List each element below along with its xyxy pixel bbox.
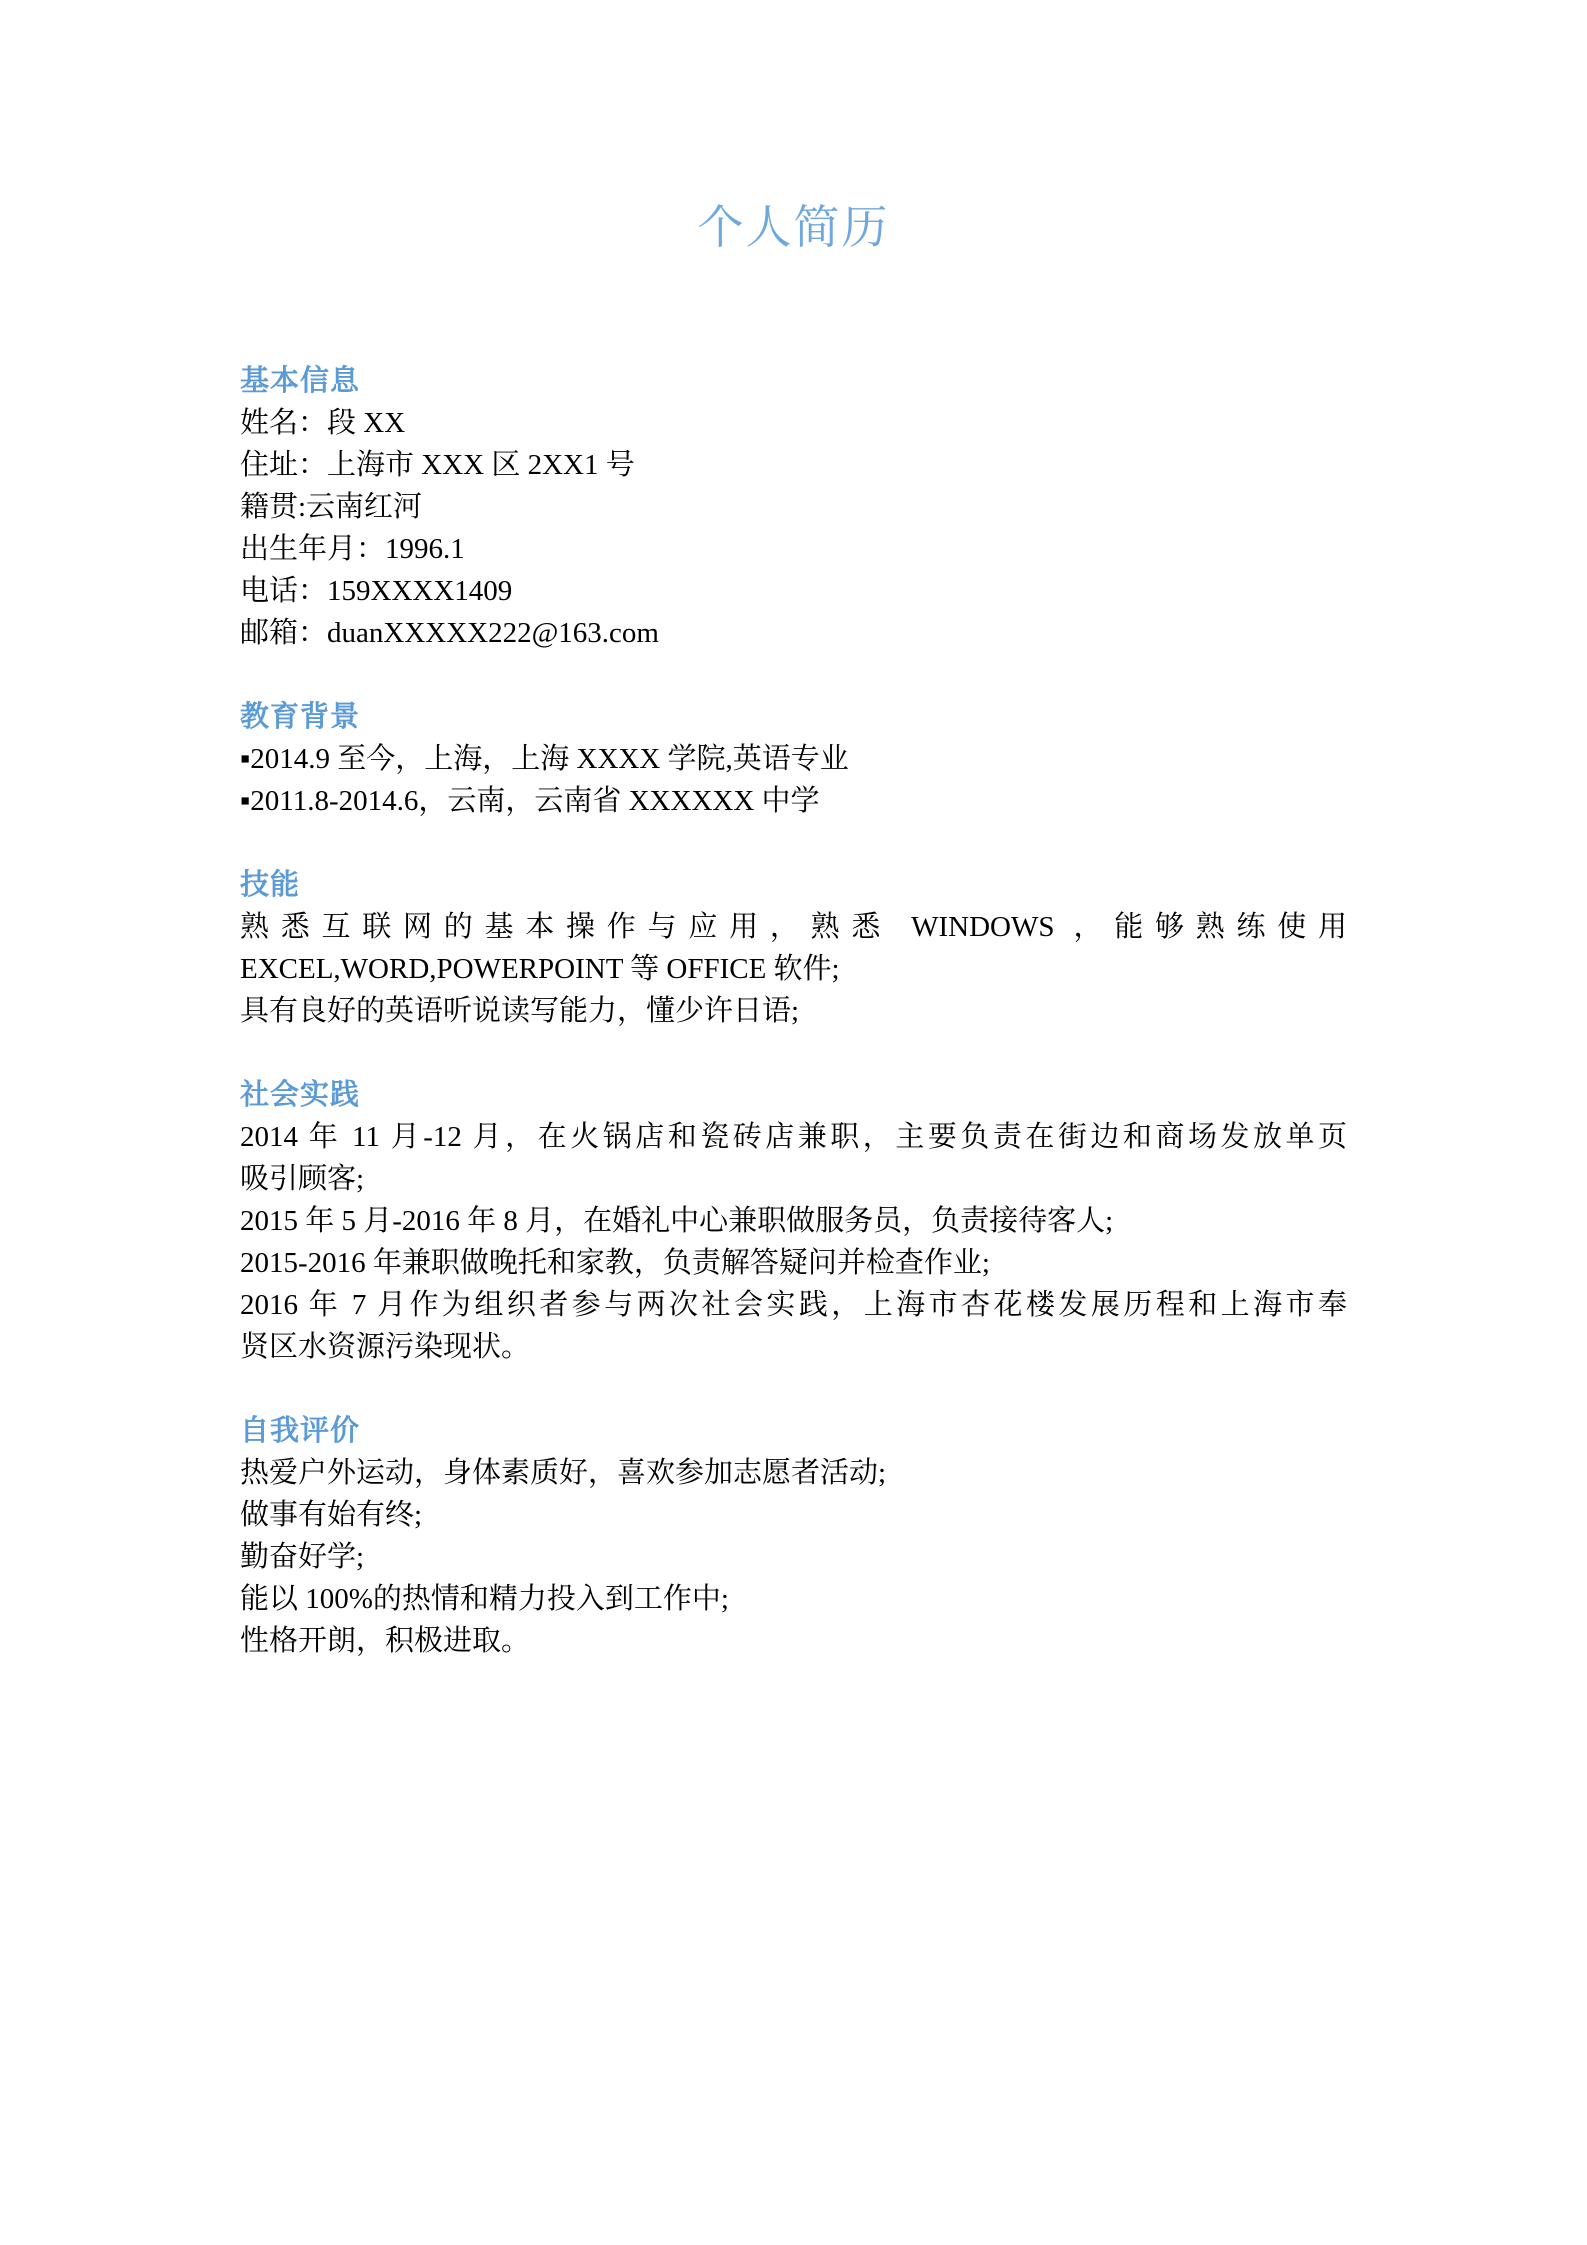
section-skills: 技能 熟悉互联网的基本操作与应用，熟悉 WINDOWS ，能够熟练使用 EXCE… bbox=[240, 864, 1347, 1032]
self-evaluation-line: 热爱户外运动，身体素质好，喜欢参加志愿者活动; bbox=[240, 1452, 1347, 1494]
self-evaluation-line: 性格开朗，积极进取。 bbox=[240, 1620, 1347, 1662]
self-evaluation-line: 勤奋好学; bbox=[240, 1536, 1347, 1578]
resume-content: 基本信息 姓名：段 XX 住址：上海市 XXX 区 2XX1 号 籍贯:云南红河… bbox=[240, 360, 1347, 1662]
section-heading: 社会实践 bbox=[240, 1074, 1347, 1116]
education-item-line: ▪2011.8-2014.6，云南，云南省 XXXXXX 中学 bbox=[240, 780, 1347, 822]
basic-info-name-line: 姓名：段 XX bbox=[240, 402, 1347, 444]
section-education: 教育背景 ▪2014.9 至今，上海，上海 XXXX 学院,英语专业 ▪2011… bbox=[240, 696, 1347, 822]
resume-page: 个人简历 基本信息 姓名：段 XX 住址：上海市 XXX 区 2XX1 号 籍贯… bbox=[0, 0, 1587, 2245]
self-evaluation-line: 能以 100%的热情和精力投入到工作中; bbox=[240, 1578, 1347, 1620]
document-title: 个人简历 bbox=[0, 0, 1587, 260]
section-heading: 基本信息 bbox=[240, 360, 1347, 402]
basic-info-address-line: 住址：上海市 XXX 区 2XX1 号 bbox=[240, 444, 1347, 486]
section-self-evaluation: 自我评价 热爱户外运动，身体素质好，喜欢参加志愿者活动; 做事有始有终; 勤奋好… bbox=[240, 1410, 1347, 1662]
basic-info-birth-line: 出生年月：1996.1 bbox=[240, 528, 1347, 570]
skills-line: EXCEL,WORD,POWERPOINT 等 OFFICE 软件; bbox=[240, 948, 1347, 990]
self-evaluation-line: 做事有始有终; bbox=[240, 1494, 1347, 1536]
skills-line: 具有良好的英语听说读写能力，懂少许日语; bbox=[240, 990, 1347, 1032]
social-practice-line: 2015 年 5 月-2016 年 8 月，在婚礼中心兼职做服务员，负责接待客人… bbox=[240, 1200, 1347, 1242]
education-item-line: ▪2014.9 至今，上海，上海 XXXX 学院,英语专业 bbox=[240, 738, 1347, 780]
section-basic-info: 基本信息 姓名：段 XX 住址：上海市 XXX 区 2XX1 号 籍贯:云南红河… bbox=[240, 360, 1347, 654]
social-practice-line: 2015-2016 年兼职做晚托和家教，负责解答疑问并检查作业; bbox=[240, 1242, 1347, 1284]
basic-info-email-line: 邮箱：duanXXXXX222@163.com bbox=[240, 612, 1347, 654]
social-practice-line: 2014 年 11 月-12 月，在火锅店和瓷砖店兼职，主要负责在街边和商场发放… bbox=[240, 1116, 1347, 1158]
basic-info-phone-line: 电话：159XXXX1409 bbox=[240, 570, 1347, 612]
social-practice-line: 贤区水资源污染现状。 bbox=[240, 1326, 1347, 1368]
social-practice-line: 2016 年 7 月作为组织者参与两次社会实践，上海市杏花楼发展历程和上海市奉 bbox=[240, 1284, 1347, 1326]
section-heading: 教育背景 bbox=[240, 696, 1347, 738]
section-heading: 自我评价 bbox=[240, 1410, 1347, 1452]
social-practice-line: 吸引顾客; bbox=[240, 1158, 1347, 1200]
basic-info-origin-line: 籍贯:云南红河 bbox=[240, 486, 1347, 528]
section-social-practice: 社会实践 2014 年 11 月-12 月，在火锅店和瓷砖店兼职，主要负责在街边… bbox=[240, 1074, 1347, 1368]
section-heading: 技能 bbox=[240, 864, 1347, 906]
skills-line: 熟悉互联网的基本操作与应用，熟悉 WINDOWS ，能够熟练使用 bbox=[240, 906, 1347, 948]
